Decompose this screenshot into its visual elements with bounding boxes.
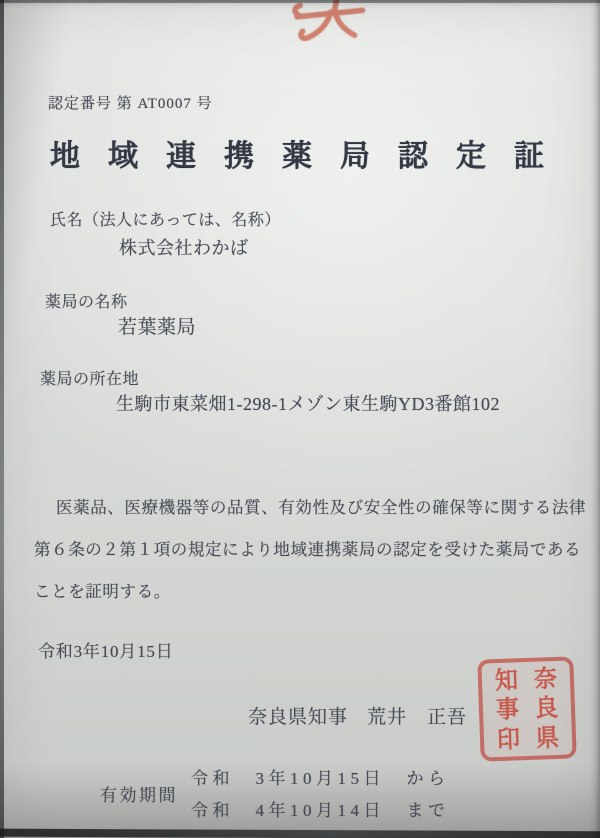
body-text-line-2: 第６条の２第１項の規定により地域連携薬局の認定を受けた薬局である — [34, 536, 581, 560]
seal-character: 奈 — [525, 663, 565, 695]
validity-period-label: 有効期間 — [100, 781, 178, 806]
partial-red-stamp-icon — [286, 0, 372, 44]
photo-left-edge — [0, 0, 4, 838]
seal-character: 知 — [486, 664, 526, 696]
seal-character: 印 — [489, 723, 529, 755]
validity-to-date: 令和 4年10月14日 まで — [191, 796, 450, 821]
body-text-line-1: 医薬品、医療機器等の品質、有効性及び安全性の確保等に関する法律 — [56, 494, 586, 518]
certificate-title: 地域連携薬局認定証 — [50, 131, 572, 175]
signer-title: 奈良県知事 — [248, 702, 348, 729]
photo-bottom-edge — [0, 829, 600, 838]
validity-from-date: 令和 3年10月15日 から — [191, 764, 450, 789]
seal-character: 良 — [526, 692, 566, 724]
name-label: 氏名（法人にあっては、名称） — [50, 207, 281, 230]
pharmacy-name-value: 若葉薬局 — [118, 312, 196, 339]
certificate-photo: 認定番号 第 AT0007 号 地域連携薬局認定証 氏名（法人にあっては、名称）… — [0, 0, 600, 838]
issue-date: 令和3年10月15日 — [38, 637, 174, 662]
seal-character: 事 — [487, 694, 527, 726]
name-value: 株式会社わかば — [119, 234, 249, 260]
cert-number: 認定番号 第 AT0007 号 — [48, 92, 213, 113]
signer-row: 奈良県知事 荒井 正吾 — [248, 702, 467, 729]
governor-seal-stamp: 奈 良 県 知 事 印 — [477, 656, 577, 761]
pharmacy-name-label: 薬局の名称 — [45, 289, 128, 312]
address-label: 薬局の所在地 — [40, 366, 139, 389]
body-text-line-3: ことを証明する。 — [34, 578, 171, 602]
signer-name: 荒井 正吾 — [367, 702, 467, 729]
seal-character: 県 — [527, 722, 567, 754]
address-value: 生駒市東菜畑1-298-1メゾン東生駒YD3番館102 — [116, 390, 500, 416]
